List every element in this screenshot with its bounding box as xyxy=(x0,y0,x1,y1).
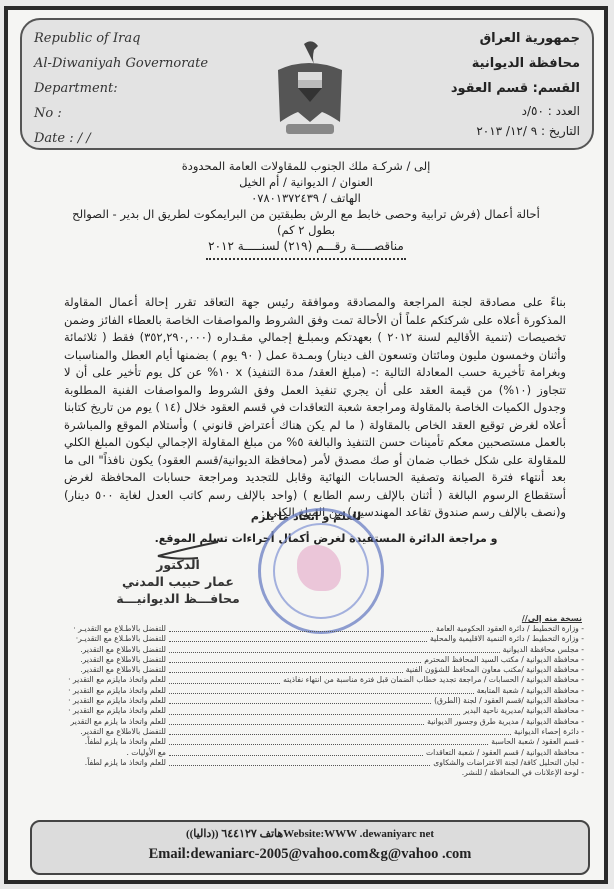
cc-item: - وزارة التخطيط / دائرة التنمية الاقليمي… xyxy=(26,634,590,644)
cc-item: - وزارة التخطيط / دائرة العقود الحكومية … xyxy=(26,624,590,634)
footer-email: Email:dewaniarc-2005@vahoo.com&g@vahoo .… xyxy=(32,846,588,863)
tender-number: مناقصـــــة رقـــم (٢١٩) لسنـــــة ٢٠١٢ xyxy=(26,238,586,254)
cc-list: نسخة منه إلى// - وزارة التخطيط / دائرة ا… xyxy=(26,614,590,778)
signatory-name: عمار حبيب المدني xyxy=(108,573,248,590)
main-paragraph: بناءً على مصادقة لجنة المراجعة والمصادقة… xyxy=(26,294,586,522)
signature-block: الدكتور عمار حبيب المدني محافـــظ الديوا… xyxy=(108,556,248,607)
number-en: No : xyxy=(34,101,208,126)
letterhead-english: Republic of Iraq Al-Diwaniyah Governorat… xyxy=(34,26,208,151)
cc-item: - لوحة الإعلانات في المحافظة / للنشر. xyxy=(26,768,590,778)
eagle-emblem-icon xyxy=(268,38,352,142)
date-en: Date : / / xyxy=(34,126,208,151)
addressee-phone: الهاتف / ٠٧٨٠١٣٧٢٤٣٩ xyxy=(26,190,586,206)
signature-scribble-icon xyxy=(138,538,228,566)
number-ar: العدد : ٥٠/د xyxy=(451,101,580,121)
cc-item: - محافظة الديوانية / مديرية طرق وجسور ال… xyxy=(26,717,590,727)
cc-item: - محافظة الديوانية /مكتب معاون المحافظ ل… xyxy=(26,665,590,675)
cc-item: - مجلس محافظة الديوانيةللتفضل بالاطلاع م… xyxy=(26,645,590,655)
republic-en: Republic of Iraq xyxy=(34,26,208,51)
cc-item: - محافظة الديوانية / مكتب السيد المحافظ … xyxy=(26,655,590,665)
separator xyxy=(206,254,406,260)
republic-ar: جمهورية العراق xyxy=(451,26,580,51)
subject-cont: بطول ٢ كم) xyxy=(26,222,586,238)
signatory-position: محافـــظ الديوانيـــة xyxy=(108,590,248,607)
addressee-address: العنوان / الديوانية / أم الخيل xyxy=(26,174,586,190)
letter-page: Republic of Iraq Al-Diwaniyah Governorat… xyxy=(4,6,608,884)
footer-contact: هاتف ٦٤٤١٢٧ ((داليا))Website:WWW .dewani… xyxy=(30,820,590,875)
cc-item: - لجان التحليل كافة/ لجنة الاعتراضات وال… xyxy=(26,758,590,768)
cc-item: - محافظة الديوانية /مديرية ناحية البديرل… xyxy=(26,706,590,716)
cc-title: نسخة منه إلى// xyxy=(26,614,590,623)
addressee-block: إلى / شركـة ملك الجنوب للمقاولات العامة … xyxy=(26,158,586,260)
department-en: Department: xyxy=(34,76,208,101)
department-ar: القسم: قسم العقود xyxy=(451,76,580,101)
cc-item: - محافظة الديوانية /قسم العقود / لجنة (ا… xyxy=(26,696,590,706)
cc-item: - محافظة الديوانية / شعبة المتابعةللعلم … xyxy=(26,686,590,696)
letterhead-arabic: جمهورية العراق محافظة الديوانية القسم: ق… xyxy=(451,26,580,141)
cc-item: - دائرة إحصاء الديوانيةللتفضل بالاطلاع م… xyxy=(26,727,590,737)
footer-website-phone: هاتف ٦٤٤١٢٧ ((داليا))Website:WWW .dewani… xyxy=(32,827,588,840)
cc-item: - محافظة الديوانية / الحسابات / مراجعة ت… xyxy=(26,675,590,685)
subject: أحالة أعمال (فرش ترابية وحصى خابط مع الر… xyxy=(26,206,586,222)
cc-item: - محافظة الديوانية / قسم العقود / شعبة ا… xyxy=(26,748,590,758)
addressee-to: إلى / شركـة ملك الجنوب للمقاولات العامة … xyxy=(26,158,586,174)
date-ar: التاريخ : ٩ /١٢/ ٢٠١٣ xyxy=(451,121,580,141)
letterhead: Republic of Iraq Al-Diwaniyah Governorat… xyxy=(20,18,594,150)
cc-item: - قسم العقود / شعبة الحاسبةللعلم واتخاذ … xyxy=(26,737,590,747)
governorate-ar: محافظة الديوانية xyxy=(451,51,580,76)
governorate-en: Al-Diwaniyah Governorate xyxy=(34,51,208,76)
